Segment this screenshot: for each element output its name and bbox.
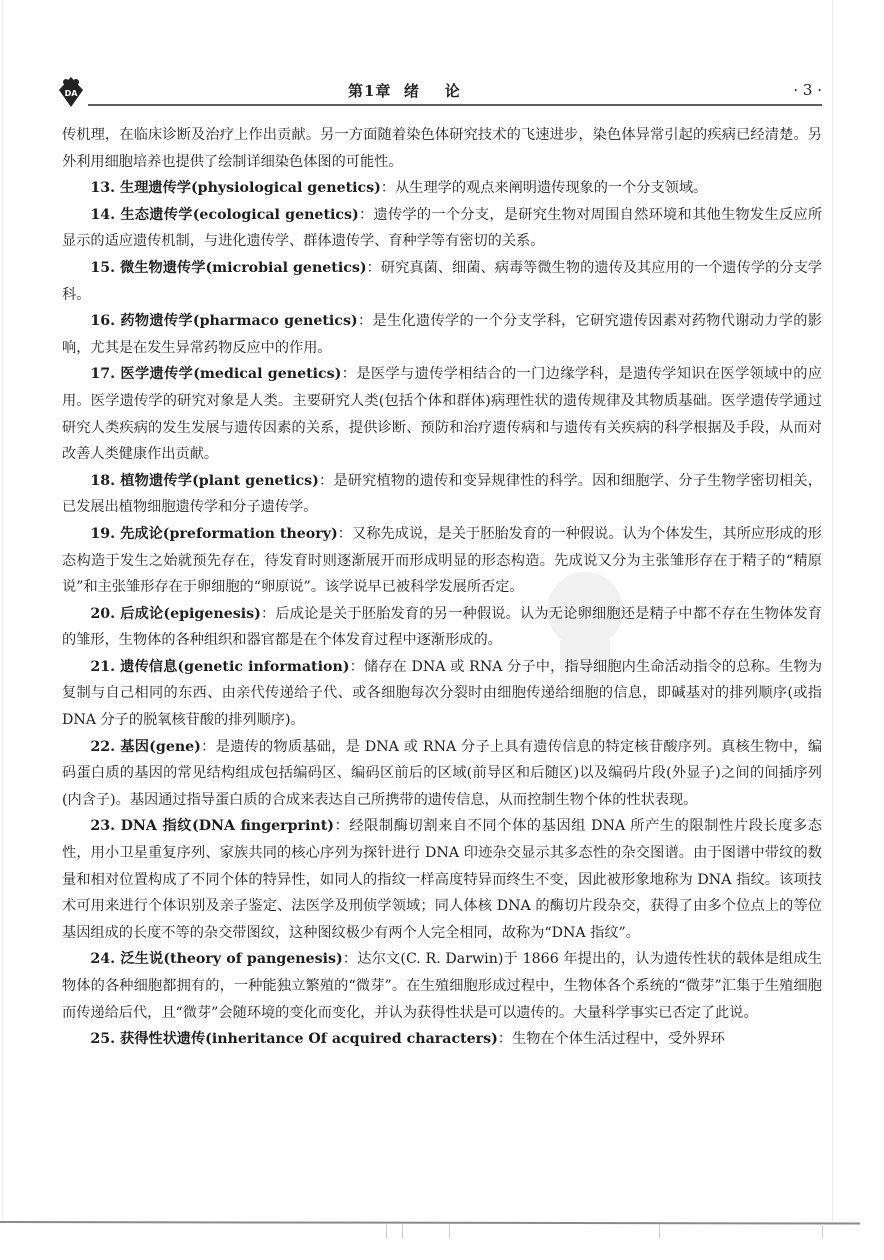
entry-number: 19. — [90, 526, 120, 542]
scan-tick — [659, 1224, 660, 1239]
entry-term: 微生物遗传学(microbial genetics) — [120, 260, 367, 276]
entry-term: 植物遗传学(plant genetics) — [120, 473, 319, 489]
entry-term: 基因(gene) — [120, 739, 201, 755]
entry-term: 泛生说(theory of pangenesis) — [120, 951, 343, 967]
entry-term: 获得性状遗传(inheritance Of acquired character… — [120, 1031, 498, 1047]
entry-number: 14. — [90, 207, 120, 223]
entry-number: 13. — [90, 180, 120, 196]
entry-number: 16. — [90, 313, 120, 329]
scan-tick — [449, 1224, 450, 1239]
scan-bottom-edge — [0, 1221, 860, 1225]
term-entry: 15. 微生物遗传学(microbial genetics)：研究真菌、细菌、病… — [62, 255, 822, 308]
term-entry: 23. DNA 指纹(DNA fingerprint)：经限制酶切割来自不同个体… — [62, 813, 822, 946]
body-text: 传机理，在临床诊断及治疗上作出贡献。另一方面随着染色体研究技术的飞速进步，染色体… — [62, 122, 822, 1053]
entry-term: 生态遗传学(ecological genetics) — [120, 207, 358, 223]
entry-term: 医学遗传学(medical genetics) — [120, 366, 341, 382]
entry-number: 22. — [90, 739, 120, 755]
book-logo-icon: DA — [58, 76, 84, 108]
term-entry: 21. 遗传信息(genetic information)：储存在 DNA 或 … — [62, 654, 822, 734]
page-edge-right — [832, 0, 833, 1222]
term-entry: 14. 生态遗传学(ecological genetics)：遗传学的一个分支，… — [62, 202, 822, 255]
entry-number: 21. — [90, 659, 120, 675]
entry-definition: ：生物在个体生活过程中，受外界环 — [498, 1031, 725, 1047]
entry-number: 18. — [90, 473, 120, 489]
entry-term: 遗传信息(genetic information) — [120, 659, 349, 675]
entry-term: 后成论(epigenesis) — [120, 606, 261, 622]
term-entry: 18. 植物遗传学(plant genetics)：是研究植物的遗传和变异规律性… — [62, 468, 822, 521]
term-entry: 19. 先成论(preformation theory)：又称先成说，是关于胚胎… — [62, 521, 822, 601]
term-entry: 16. 药物遗传学(pharmaco genetics)：是生化遗传学的一个分支… — [62, 308, 822, 361]
term-entry: 25. 获得性状遗传(inheritance Of acquired chara… — [62, 1026, 822, 1053]
page-number: · 3 · — [793, 81, 822, 99]
entry-term: 生理遗传学(physiological genetics) — [120, 180, 381, 196]
entry-number: 25. — [90, 1031, 120, 1047]
scan-tick — [402, 1224, 403, 1239]
entry-number: 15. — [90, 260, 120, 276]
paragraph-continuation: 传机理，在临床诊断及治疗上作出贡献。另一方面随着染色体研究技术的飞速进步，染色体… — [62, 122, 822, 175]
entry-definition: ：经限制酶切割来自不同个体的基因组 DNA 所产生的限制性片段长度多态性，用小卫… — [62, 818, 822, 940]
entry-term: 先成论(preformation theory) — [120, 526, 338, 542]
entry-number: 24. — [90, 951, 120, 967]
entry-term: 药物遗传学(pharmaco genetics) — [120, 313, 357, 329]
entry-term: DNA 指纹(DNA fingerprint) — [121, 818, 334, 834]
entry-number: 17. — [90, 366, 120, 382]
header-rule — [88, 104, 822, 106]
logo-text: DA — [65, 89, 79, 98]
term-entry: 13. 生理遗传学(physiological genetics)：从生理学的观… — [62, 175, 822, 202]
entry-number: 20. — [90, 606, 120, 622]
term-entry: 17. 医学遗传学(medical genetics)：是医学与遗传学相结合的一… — [62, 361, 822, 467]
scan-tick — [386, 1224, 387, 1239]
paragraph-text: 传机理，在临床诊断及治疗上作出贡献。另一方面随着染色体研究技术的飞速进步，染色体… — [62, 127, 822, 170]
entry-number: 23. — [90, 818, 120, 834]
page-edge-left — [2, 0, 3, 1222]
entry-definition: ：从生理学的观点来阐明遗传现象的一个分支领域。 — [381, 180, 707, 196]
running-header: DA 第1章 绪 论 · 3 · — [58, 76, 822, 112]
chapter-title: 第1章 绪 论 — [348, 80, 461, 101]
term-entry: 22. 基因(gene)：是遗传的物质基础，是 DNA 或 RNA 分子上具有遗… — [62, 734, 822, 814]
term-entry: 24. 泛生说(theory of pangenesis)：达尔文(C. R. … — [62, 946, 822, 1026]
term-entry: 20. 后成论(epigenesis)：后成论是关于胚胎发育的另一种假说。认为无… — [62, 601, 822, 654]
scan-tick — [822, 1224, 823, 1239]
